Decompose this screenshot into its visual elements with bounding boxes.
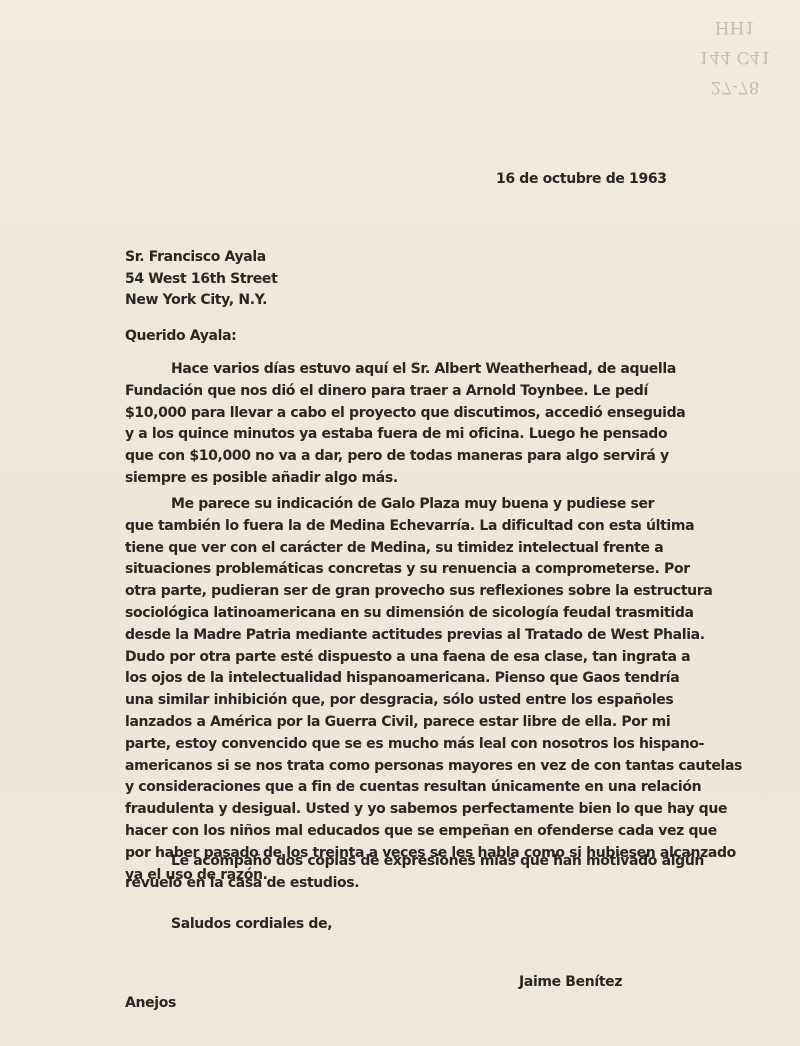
recipient-city: New York City, N.Y. (125, 290, 277, 312)
archival-mark: HH1 (690, 12, 780, 42)
paragraph-line: y consideraciones que a fin de cuentas r… (125, 777, 725, 799)
archival-mark: 144 C41 (690, 42, 780, 72)
paragraph-line: siempre es posible añadir algo más. (125, 468, 725, 490)
letter-page: 27-78 144 C41 HH1 16 de octubre de 1963 … (0, 0, 800, 1046)
paragraph-line: sociológica latinoamericana en su dimens… (125, 603, 725, 625)
archival-mark: 27-78 (690, 72, 780, 102)
paragraph-line: Dudo por otra parte esté dispuesto a una… (125, 647, 725, 669)
letter-date: 16 de octubre de 1963 (496, 171, 667, 187)
paragraph-line: Me parece su indicación de Galo Plaza mu… (125, 494, 725, 516)
paragraph-line: los ojos de la intelectualidad hispanoam… (125, 668, 725, 690)
paragraph-line: situaciones problemáticas concretas y su… (125, 559, 725, 581)
paragraph-line: fraudulenta y desigual. Usted y yo sabem… (125, 799, 725, 821)
paragraph-line: desde la Madre Patria mediante actitudes… (125, 625, 725, 647)
archival-pencil-marks: 27-78 144 C41 HH1 (690, 12, 780, 102)
paragraph-1: Hace varios días estuvo aquí el Sr. Albe… (125, 359, 725, 490)
recipient-address: Sr. Francisco Ayala 54 West 16th Street … (125, 247, 277, 312)
paragraph-2: Me parece su indicación de Galo Plaza mu… (125, 494, 725, 886)
paragraph-line: que con $10,000 no va a dar, pero de tod… (125, 446, 725, 468)
signature: Jaime Benítez (519, 974, 622, 990)
enclosure-note: Anejos (125, 995, 176, 1011)
paragraph-line: revuelo en la casa de estudios. (125, 873, 725, 895)
recipient-street: 54 West 16th Street (125, 269, 277, 291)
paragraph-line: $10,000 para llevar a cabo el proyecto q… (125, 403, 725, 425)
paragraph-line: Le acompaño dos copias de expresiones mí… (125, 851, 725, 873)
paragraph-line: una similar inhibición que, por desgraci… (125, 690, 725, 712)
closing: Saludos cordiales de, (171, 916, 332, 932)
paragraph-line: Hace varios días estuvo aquí el Sr. Albe… (125, 359, 725, 381)
paragraph-line: lanzados a América por la Guerra Civil, … (125, 712, 725, 734)
paragraph-line: americanos si se nos trata como personas… (125, 756, 725, 778)
salutation: Querido Ayala: (125, 328, 236, 344)
recipient-name: Sr. Francisco Ayala (125, 247, 277, 269)
paragraph-line: tiene que ver con el carácter de Medina,… (125, 538, 725, 560)
paragraph-line: hacer con los niños mal educados que se … (125, 821, 725, 843)
paragraph-line: Fundación que nos dió el dinero para tra… (125, 381, 725, 403)
paragraph-line: y a los quince minutos ya estaba fuera d… (125, 424, 725, 446)
paragraph-line: que también lo fuera la de Medina Echeva… (125, 516, 725, 538)
paragraph-line: parte, estoy convencido que se es mucho … (125, 734, 725, 756)
paragraph-line: otra parte, pudieran ser de gran provech… (125, 581, 725, 603)
paragraph-3: Le acompaño dos copias de expresiones mí… (125, 851, 725, 895)
